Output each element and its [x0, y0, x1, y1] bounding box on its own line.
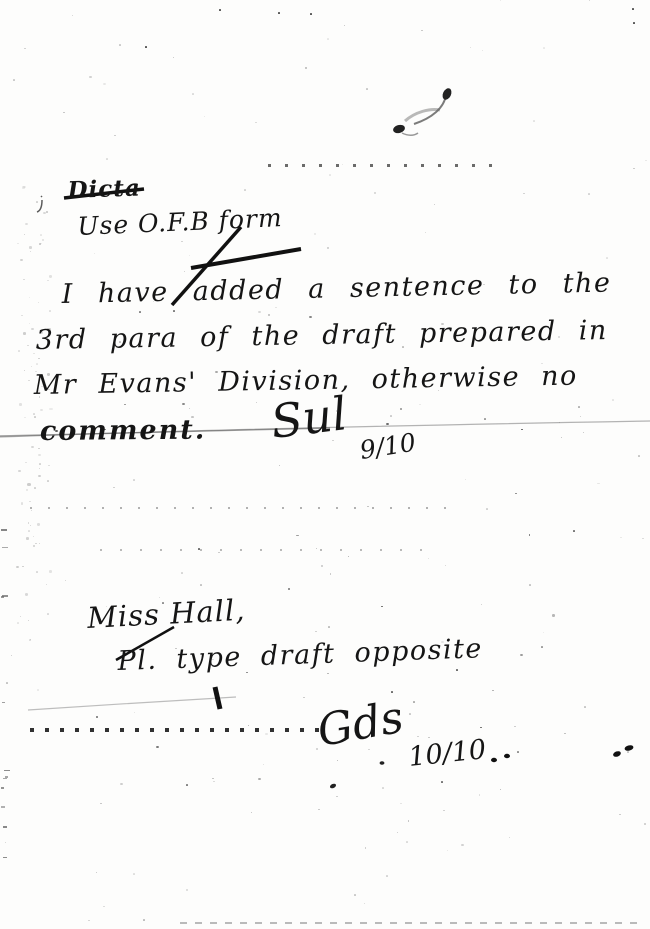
scan-noise-layer: [0, 0, 650, 929]
body-line-1: I have added a sentence to the: [61, 269, 611, 308]
ink-dot: [612, 750, 621, 758]
typist-instruction: Pl. type draft opposite: [117, 635, 483, 675]
ink-dot: [491, 758, 497, 762]
struck-heading-word: Dicta: [67, 176, 141, 202]
dotted-line-mid-1: [30, 507, 460, 509]
ink-dot: [504, 754, 510, 758]
underline-form: [191, 249, 301, 268]
body-line-2: 3rd para of the draft prepared in: [36, 317, 608, 354]
form-instruction: Use O.F.B form: [77, 205, 283, 239]
ink-tick: [215, 687, 220, 709]
signature-initials-1: Sul: [268, 390, 349, 445]
dotted-line-top: [268, 164, 496, 167]
dotted-line-mid-2: [100, 549, 430, 551]
signature-date-1: 9/10: [358, 430, 417, 463]
ink-strokes-overlay: [0, 0, 650, 929]
ink-dot: [624, 744, 634, 751]
dotted-line-bottom: [180, 922, 640, 924]
typist-recipient: Miss Hall,: [86, 596, 246, 633]
scanned-handwritten-memo: Dicta Use O.F.B form I have added a sent…: [0, 0, 650, 929]
body-line-4: comment.: [40, 417, 207, 445]
signature-initials-2: Gds: [314, 696, 406, 754]
ink-smudge: [392, 87, 453, 135]
dotted-line-note: [30, 728, 322, 732]
signature-date-2: 10/10: [407, 736, 487, 771]
